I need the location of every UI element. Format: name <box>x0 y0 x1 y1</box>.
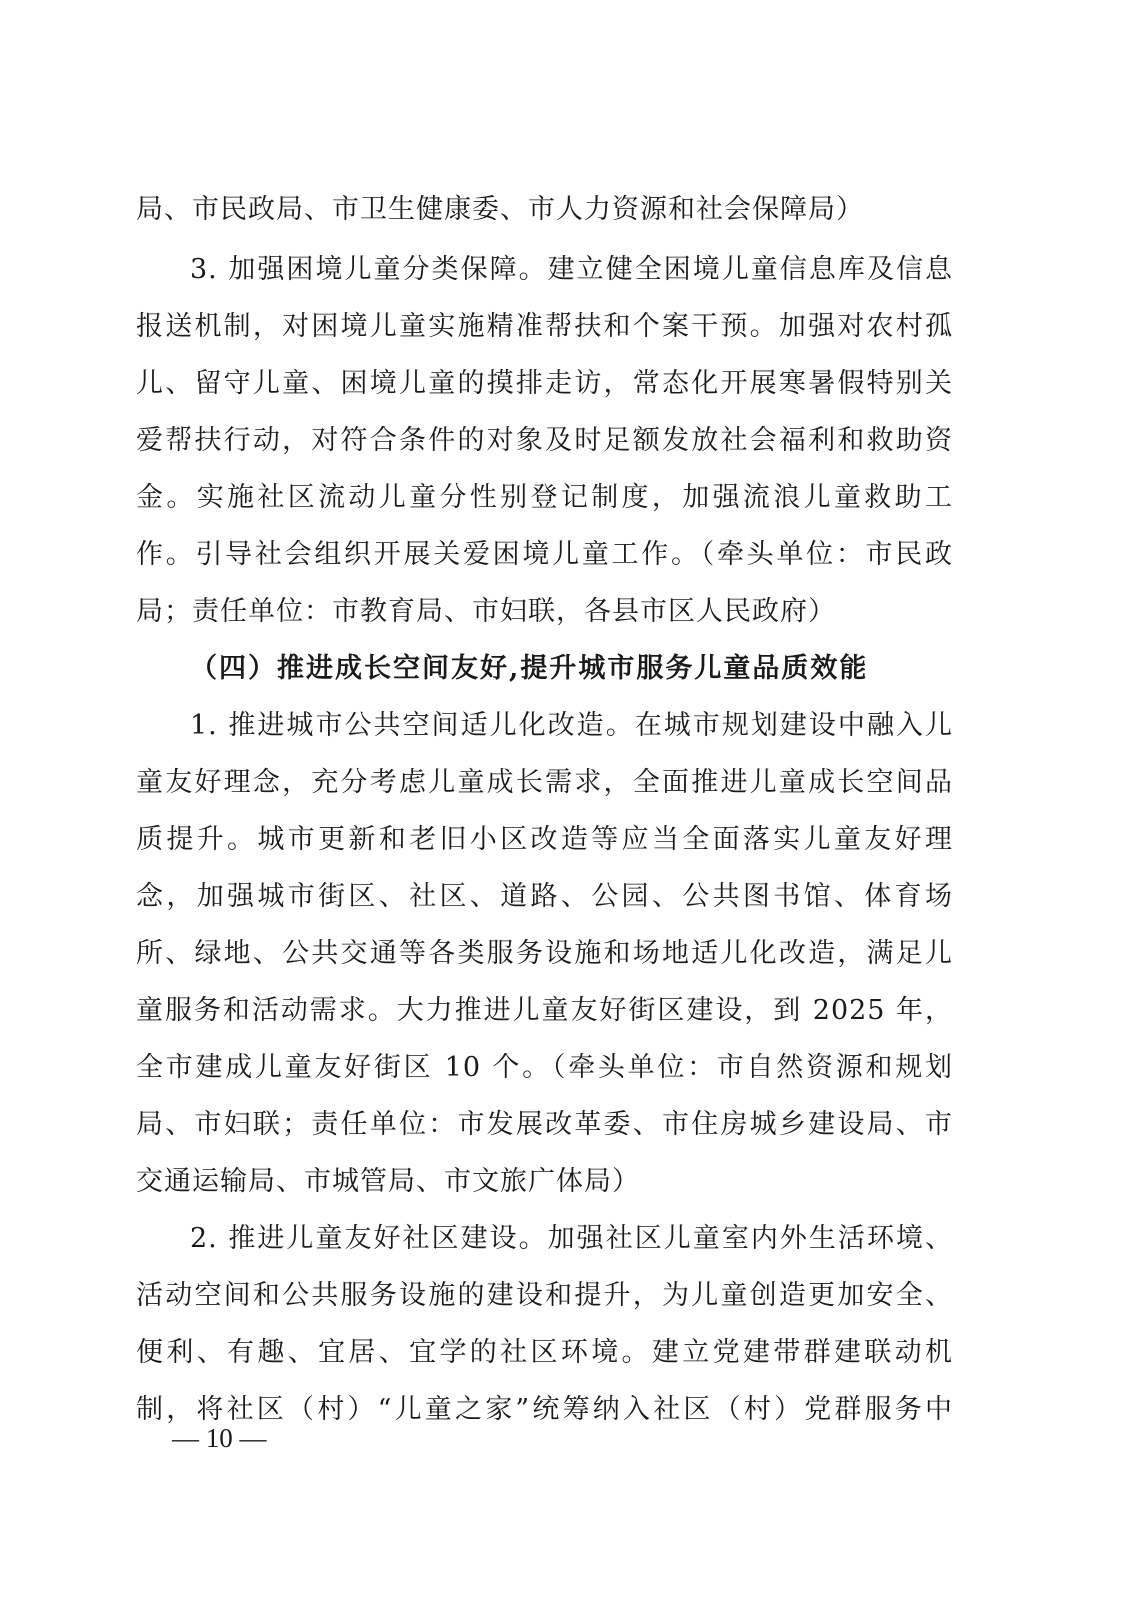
text-line: 金。实施社区流动儿童分性别登记制度，加强流浪儿童救助工 <box>136 478 953 518</box>
text-line: 儿、留守儿童、困境儿童的摸排走访，常态化开展寒暑假特别关 <box>136 364 953 404</box>
text-line: 全市建成儿童友好街区 10 个。（牵头单位：市自然资源和规划 <box>136 1048 953 1088</box>
text-line-end: 局；责任单位：市教育局、市妇联，各县市区人民政府） <box>136 592 953 632</box>
text-line-continuation: 局、市民政局、市卫生健康委、市人力资源和社会保障局） <box>136 190 953 230</box>
text-line: 童友好理念，充分考虑儿童成长需求，全面推进儿童成长空间品 <box>136 763 953 803</box>
text-line: 作。引导社会组织开展关爱困境儿童工作。（牵头单位：市民政 <box>136 535 953 575</box>
text-line: 局、市妇联；责任单位：市发展改革委、市住房城乡建设局、市 <box>136 1105 953 1145</box>
text-line: 所、绿地、公共交通等各类服务设施和场地适儿化改造，满足儿 <box>136 934 953 974</box>
text-line: 童服务和活动需求。大力推进儿童友好街区建设，到 2025 年， <box>136 991 953 1031</box>
section-heading-4: （四）推进成长空间友好,提升城市服务儿童品质效能 <box>190 649 870 689</box>
text-line: 活动空间和公共服务设施的建设和提升，为儿童创造更加安全、 <box>136 1276 953 1316</box>
text-line: 便利、有趣、宜居、宜学的社区环境。建立党建带群建联动机 <box>136 1333 953 1373</box>
document-page: 局、市民政局、市卫生健康委、市人力资源和社会保障局） 3. 加强困境儿童分类保障… <box>0 0 1130 1600</box>
text-line: 念，加强城市街区、社区、道路、公园、公共图书馆、体育场 <box>136 877 953 917</box>
text-line-end: 交通运输局、市城管局、市文旅广体局） <box>136 1162 953 1202</box>
paragraph-item-3-start: 3. 加强困境儿童分类保障。建立健全困境儿童信息库及信息 <box>190 250 953 290</box>
paragraph-item-1-start: 1. 推进城市公共空间适儿化改造。在城市规划建设中融入儿 <box>190 706 953 746</box>
paragraph-item-2-start: 2. 推进儿童友好社区建设。加强社区儿童室内外生活环境、 <box>190 1219 953 1259</box>
text-line: 爱帮扶行动，对符合条件的对象及时足额发放社会福利和救助资 <box>136 421 953 461</box>
text-line: 质提升。城市更新和老旧小区改造等应当全面落实儿童友好理 <box>136 820 953 860</box>
text-line: 报送机制，对困境儿童实施精准帮扶和个案干预。加强对农村孤 <box>136 307 953 347</box>
page-number: — 10 — <box>172 1418 267 1458</box>
